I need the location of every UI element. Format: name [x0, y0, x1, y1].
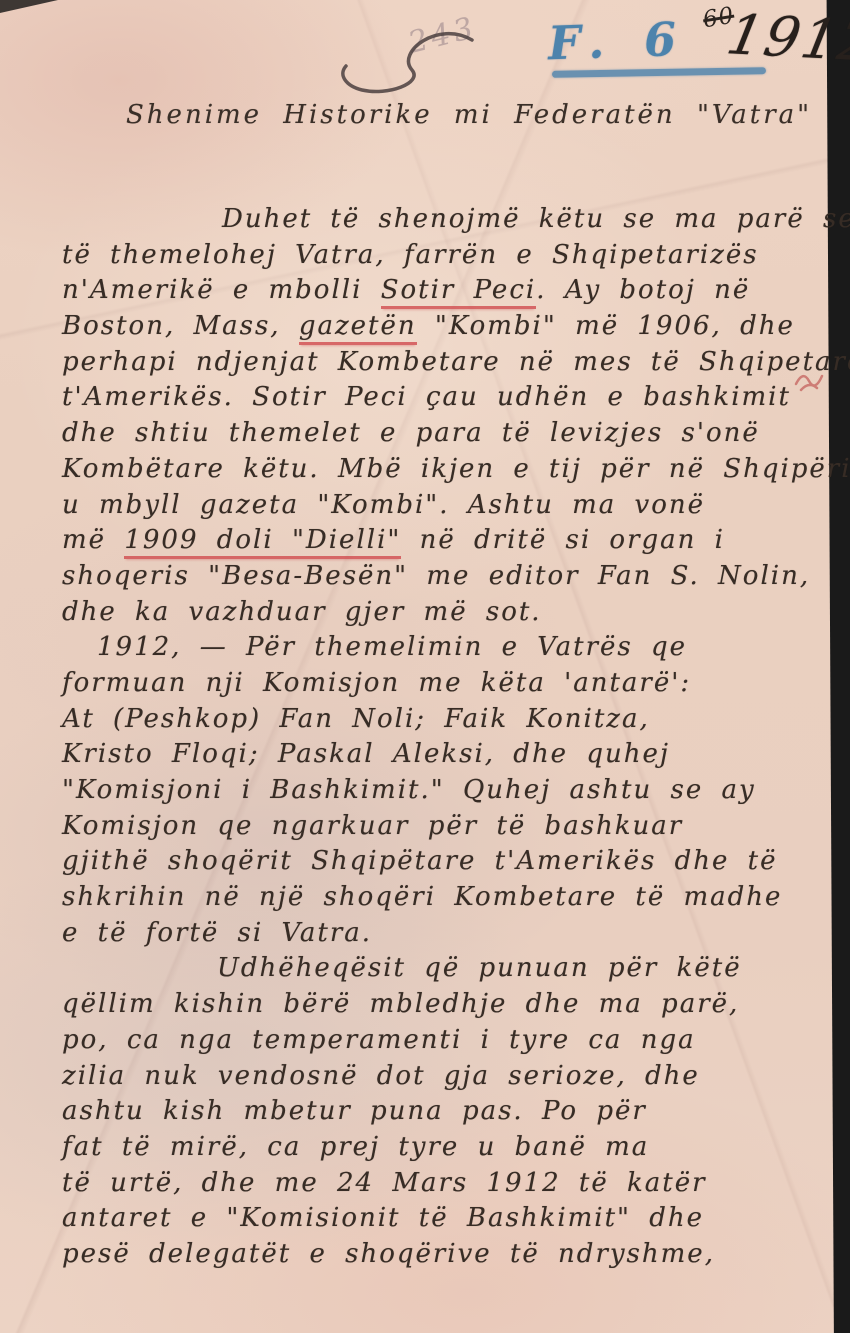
manuscript-line: dhe ka vazhduar gjer më sot. [62, 595, 826, 631]
handwritten-text: ashtu kish mbetur puna pas. Po për [62, 1096, 647, 1126]
handwritten-text: të themelohej Vatra, farrën e Shqipetari… [62, 240, 759, 270]
scanned-page: 243 F. 6 60 1912 Shenime Historike mi Fe… [0, 0, 850, 1333]
scan-edge-right [824, 0, 850, 1333]
handwritten-text: të urtë, dhe me 24 Mars 1912 të katër [62, 1168, 707, 1198]
manuscript-line: "Komisjoni i Bashkimit." Quhej ashtu se … [62, 773, 826, 809]
archive-mark-blue: F. 6 [547, 12, 689, 71]
manuscript-line: ashtu kish mbetur puna pas. Po për [62, 1094, 826, 1130]
handwritten-text: 1912, — Për themelimin e Vatrës qe [97, 632, 687, 662]
manuscript-line: t'Amerikës. Sotir Peci çau udhën e bashk… [62, 380, 826, 416]
manuscript-line: shoqeris "Besa-Besën" me editor Fan S. N… [62, 559, 826, 595]
handwritten-text: dhe ka vazhduar gjer më sot. [62, 597, 542, 627]
year-annotation: 1912 [722, 2, 850, 73]
handwritten-text: shoqeris "Besa-Besën" me editor Fan S. N… [62, 561, 810, 591]
handwritten-text: më [62, 525, 124, 555]
handwritten-text: perhapi ndjenjat Kombetare në mes të Shq… [62, 347, 850, 377]
handwritten-text: shkrihin në një shoqëri Kombetare të mad… [62, 882, 782, 912]
red-underlined-text: 1909 doli "Dielli" [124, 525, 401, 559]
manuscript-line: n'Amerikë e mbolli Sotir Peci. Ay botoj … [62, 273, 826, 309]
manuscript-line: Kristo Floqi; Paskal Aleksi, dhe quhej [62, 737, 826, 773]
handwritten-text: Kristo Floqi; Paskal Aleksi, dhe quhej [62, 739, 670, 769]
manuscript-line: më 1909 doli "Dielli" në dritë si organ … [62, 523, 826, 559]
handwritten-text: Kombëtare këtu. Mbë ikjen e tij për në S… [62, 454, 850, 484]
handwritten-text: Udhëheqësit që punuan për këtë [217, 953, 742, 983]
handwritten-text: "Komisjoni i Bashkimit." Quhej ashtu se … [62, 775, 756, 805]
manuscript-line: të urtë, dhe me 24 Mars 1912 të katër [62, 1166, 826, 1202]
scan-edge-corner [0, 0, 58, 13]
manuscript-line: pesë delegatët e shoqërive të ndryshme, [62, 1237, 826, 1273]
manuscript-line: e të fortë si Vatra. [62, 916, 826, 952]
manuscript-line: formuan nji Komisjon me këta 'antarë': [62, 666, 826, 702]
manuscript-lines: Duhet të shenojmë këtu se ma parë setë t… [62, 202, 826, 1273]
handwritten-text: po, ca nga temperamenti i tyre ca nga [62, 1025, 696, 1055]
manuscript-line: Duhet të shenojmë këtu se ma parë se [62, 202, 826, 238]
handwritten-text: gjithë shoqërit Shqipëtare t'Amerikës dh… [62, 846, 777, 876]
handwritten-text: Boston, Mass, [62, 311, 299, 341]
handwritten-text: t'Amerikës. Sotir Peci çau udhën e bashk… [62, 382, 791, 412]
handwritten-text: n'Amerikë e mbolli [62, 275, 381, 305]
manuscript-line: gjithë shoqërit Shqipëtare t'Amerikës dh… [62, 844, 826, 880]
manuscript-line: Kombëtare këtu. Mbë ikjen e tij për në S… [62, 452, 826, 488]
manuscript-line: Udhëheqësit që punuan për këtë [62, 951, 826, 987]
handwritten-text: u mbyll gazeta "Kombi". Ashtu ma vonë [62, 490, 705, 520]
red-underlined-text: Sotir Peci [381, 275, 537, 309]
document-title: Shenime Historike mi Federatën "Vatra" [126, 100, 812, 130]
handwritten-text: fat të mirë, ca prej tyre u banë ma [62, 1132, 649, 1162]
manuscript-line: fat të mirë, ca prej tyre u banë ma [62, 1130, 826, 1166]
manuscript-line: At (Peshkop) Fan Noli; Faik Konitza, [62, 702, 826, 738]
manuscript-line: zilia nuk vendosnë dot gja serioze, dhe [62, 1059, 826, 1095]
handwritten-text: pesë delegatët e shoqërive të ndryshme, [62, 1239, 715, 1269]
handwritten-text: At (Peshkop) Fan Noli; Faik Konitza, [62, 704, 650, 734]
manuscript-line: 1912, — Për themelimin e Vatrës qe [62, 630, 826, 666]
manuscript-line: Boston, Mass, gazetën "Kombi" më 1906, d… [62, 309, 826, 345]
handwritten-text: zilia nuk vendosnë dot gja serioze, dhe [62, 1061, 700, 1091]
manuscript-line: dhe shtiu themelet e para të levizjes s'… [62, 416, 826, 452]
manuscript-line: u mbyll gazeta "Kombi". Ashtu ma vonë [62, 488, 826, 524]
manuscript-line: shkrihin në një shoqëri Kombetare të mad… [62, 880, 826, 916]
red-underlined-text: gazetën [299, 311, 417, 345]
handwritten-text: formuan nji Komisjon me këta 'antarë': [62, 668, 691, 698]
handwritten-text: "Kombi" më 1906, dhe [417, 311, 795, 341]
handwritten-text: e të fortë si Vatra. [62, 918, 372, 948]
handwritten-text: Komisjon qe ngarkuar për të bashkuar [62, 811, 683, 841]
manuscript-line: qëllim kishin bërë mbledhje dhe ma parë, [62, 987, 826, 1023]
manuscript-line: të themelohej Vatra, farrën e Shqipetari… [62, 238, 826, 274]
manuscript-line: perhapi ndjenjat Kombetare në mes të Shq… [62, 345, 826, 381]
ink-flourish-icon [330, 26, 485, 104]
handwritten-text: antaret e "Komisionit të Bashkimit" dhe [62, 1203, 704, 1233]
handwritten-text: . Ay botoj në [536, 275, 750, 305]
handwritten-text: dhe shtiu themelet e para të levizjes s'… [62, 418, 760, 448]
handwritten-text: Duhet të shenojmë këtu se ma parë se [222, 204, 850, 234]
manuscript-line: Komisjon qe ngarkuar për të bashkuar [62, 809, 826, 845]
manuscript-line: po, ca nga temperamenti i tyre ca nga [62, 1023, 826, 1059]
handwritten-text: në dritë si organ i [401, 525, 725, 555]
handwritten-text: qëllim kishin bërë mbledhje dhe ma parë, [62, 989, 739, 1019]
manuscript-line: antaret e "Komisionit të Bashkimit" dhe [62, 1201, 826, 1237]
